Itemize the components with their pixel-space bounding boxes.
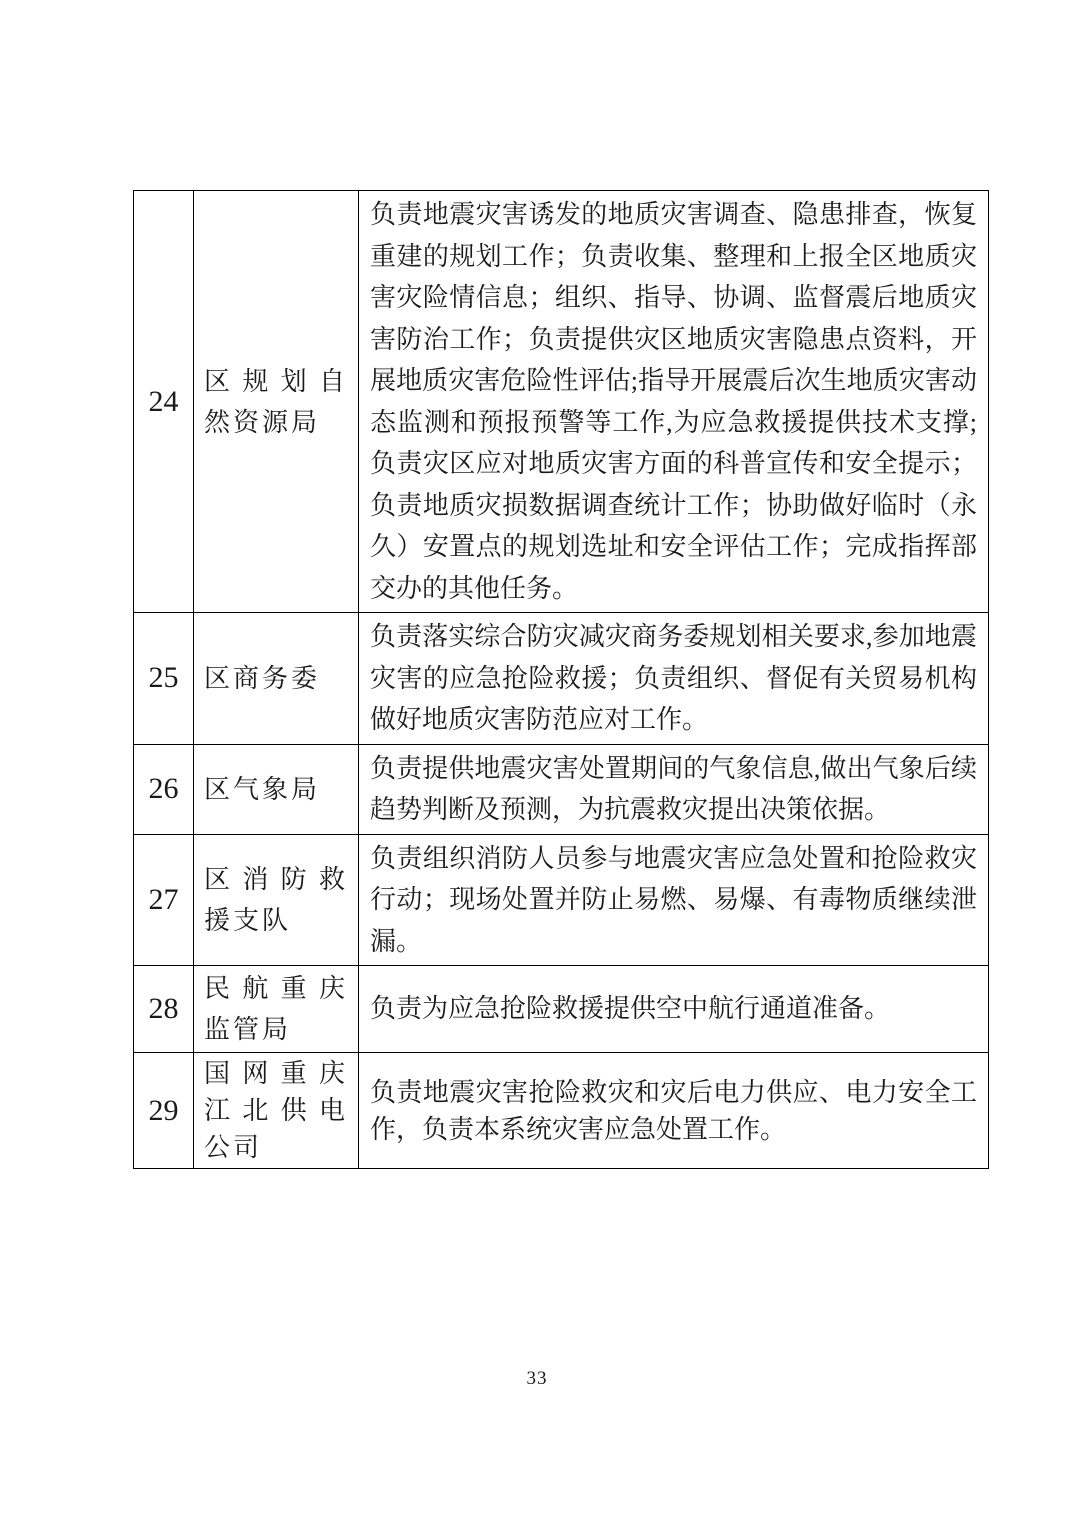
table-row: 24 区规划自然资源局 负责地震灾害诱发的地质灾害调查、隐患排查，恢复重建的规划… [134,191,989,613]
duties-text: 负责提供地震灾害处置期间的气象信息,做出气象后续趋势判断及预测，为抗震救灾提出决… [359,744,989,834]
row-number: 27 [134,834,194,966]
department-name: 民航重庆监管局 [194,966,359,1053]
table-row: 25 区商务委 负责落实综合防灾减灾商务委规划相关要求,参加地震灾害的应急抢险救… [134,613,989,745]
department-name: 区商务委 [194,613,359,745]
document-page: 24 区规划自然资源局 负责地震灾害诱发的地质灾害调查、隐患排查，恢复重建的规划… [0,0,1074,1520]
row-number: 28 [134,966,194,1053]
table-row: 29 国网重庆江北供电公司 负责地震灾害抢险救灾和灾后电力供应、电力安全工作，负… [134,1053,989,1169]
department-name: 区规划自然资源局 [194,191,359,613]
department-name: 区气象局 [194,744,359,834]
duties-text: 负责为应急抢险救援提供空中航行通道准备。 [359,966,989,1053]
row-number: 26 [134,744,194,834]
duties-text: 负责组织消防人员参与地震灾害应急处置和抢险救灾行动；现场处置并防止易燃、易爆、有… [359,834,989,966]
duties-text: 负责地震灾害抢险救灾和灾后电力供应、电力安全工作，负责本系统灾害应急处置工作。 [359,1053,989,1169]
row-number: 24 [134,191,194,613]
responsibilities-table: 24 区规划自然资源局 负责地震灾害诱发的地质灾害调查、隐患排查，恢复重建的规划… [133,190,989,1169]
row-number: 25 [134,613,194,745]
table-row: 26 区气象局 负责提供地震灾害处置期间的气象信息,做出气象后续趋势判断及预测，… [134,744,989,834]
row-number: 29 [134,1053,194,1169]
department-name: 区消防救援支队 [194,834,359,966]
table-row: 28 民航重庆监管局 负责为应急抢险救援提供空中航行通道准备。 [134,966,989,1053]
duties-text: 负责落实综合防灾减灾商务委规划相关要求,参加地震灾害的应急抢险救援；负责组织、督… [359,613,989,745]
table-row: 27 区消防救援支队 负责组织消防人员参与地震灾害应急处置和抢险救灾行动；现场处… [134,834,989,966]
duties-text: 负责地震灾害诱发的地质灾害调查、隐患排查，恢复重建的规划工作；负责收集、整理和上… [359,191,989,613]
department-name: 国网重庆江北供电公司 [194,1053,359,1169]
page-number: 33 [0,1368,1074,1390]
